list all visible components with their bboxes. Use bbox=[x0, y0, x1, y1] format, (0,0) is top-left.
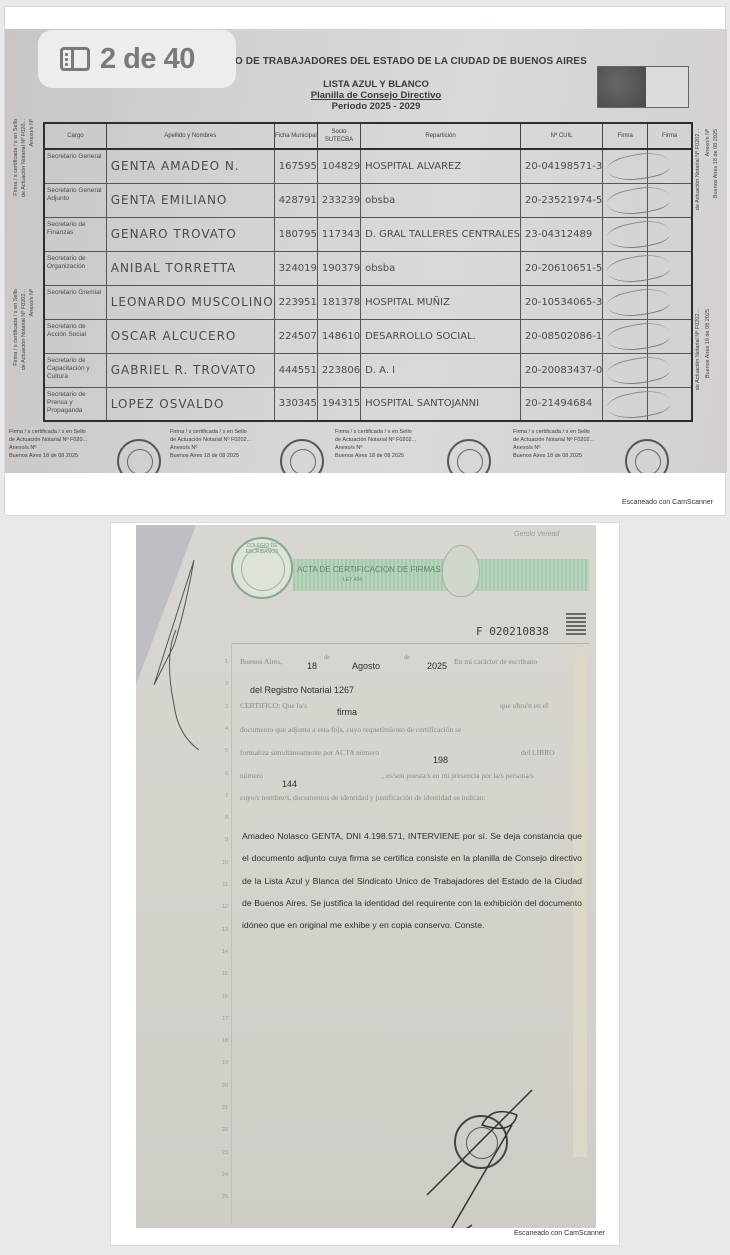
sidebar-thumbnails-icon[interactable] bbox=[60, 47, 90, 71]
line-number: 1 bbox=[218, 659, 228, 665]
camscanner-watermark: Escaneado con CamScanner bbox=[514, 1230, 605, 1237]
acta-number: 198 bbox=[433, 755, 448, 765]
registry-value: del Registro Notarial 1267 bbox=[250, 685, 354, 695]
name-cell: ANIBAL TORRETTA bbox=[106, 251, 274, 285]
camscanner-watermark: Escaneado con CamScanner bbox=[622, 499, 713, 506]
cuil-cell: 20-08502086-1 bbox=[520, 319, 602, 353]
cuil-cell: 20-20083437-0 bbox=[520, 353, 602, 387]
line-number: 2 bbox=[218, 681, 228, 687]
de-label: de bbox=[324, 655, 330, 661]
colegio-escribanos-seal: COLEGIO DE ESCRIBANOS bbox=[231, 537, 293, 599]
socio-cell: 148610 bbox=[317, 319, 360, 353]
line-number: 7 bbox=[218, 793, 228, 799]
margin-cert-text: Firma / s certificada / s en Sello bbox=[13, 289, 19, 366]
margin-cert-text: Anexo/s Nº bbox=[705, 129, 711, 156]
name-cell: GENARO TROVATO bbox=[106, 217, 274, 251]
line-number: 12 bbox=[218, 904, 228, 910]
cargo-cell: Secretario de Organización bbox=[44, 251, 106, 285]
scanned-page-2: COLEGIO DE ESCRIBANOS ACTA DE CERTIFICAC… bbox=[110, 522, 620, 1246]
socio-cell: 223806 bbox=[317, 353, 360, 387]
margin-signature-icon bbox=[144, 555, 204, 755]
line-number: 8 bbox=[218, 815, 228, 821]
cargo-cell: Secretario de Acción Social bbox=[44, 319, 106, 353]
table-row: Secretario de FinanzasGENARO TROVATO1807… bbox=[44, 217, 692, 251]
line-number: 15 bbox=[218, 971, 228, 977]
margin-cert-text: Buenos Aires 18 de 08 2025 bbox=[713, 129, 719, 198]
signature-cell bbox=[603, 217, 648, 251]
line-number: 9 bbox=[218, 837, 228, 843]
de-label: de bbox=[404, 655, 410, 661]
line-number: 16 bbox=[218, 994, 228, 1000]
right-margin-certification: de Actuación Notarial Nº F0202... Anexo/… bbox=[693, 129, 723, 459]
roster-scan: O DE TRABAJADORES DEL ESTADO DE LA CIUDA… bbox=[5, 29, 727, 473]
line-number: 11 bbox=[218, 882, 228, 888]
margin-cert-text: Firma / s certificada / s en Sello bbox=[13, 119, 19, 196]
socio-cell: 190379 bbox=[317, 251, 360, 285]
line-number: 24 bbox=[218, 1172, 228, 1178]
page-indicator[interactable]: 2 de 40 bbox=[38, 30, 236, 88]
signature-cell bbox=[603, 387, 648, 421]
ficha-cell: 167595 bbox=[274, 149, 317, 183]
signature-cell bbox=[603, 183, 648, 217]
name-cell: LOPEZ OSVALDO bbox=[106, 387, 274, 421]
cert-line: Firma / s certificada / s en Sello bbox=[513, 428, 683, 436]
reparticion-cell: obsba bbox=[361, 183, 521, 217]
signature-cell bbox=[603, 149, 648, 183]
column-header: Nº CUIL bbox=[520, 123, 602, 149]
cert-line: Firma / s certificada / s en Sello bbox=[335, 428, 505, 436]
argentina-coat-of-arms-icon bbox=[442, 545, 480, 597]
signature-cell bbox=[603, 251, 648, 285]
line-number: 17 bbox=[218, 1016, 228, 1022]
table-row: Secretario GeneralGENTA AMADEO N.1675951… bbox=[44, 149, 692, 183]
column-header: Ficha Municipal bbox=[274, 123, 317, 149]
table-row: Secretario de Acción SocialOSCAR ALCUCER… bbox=[44, 319, 692, 353]
reparticion-cell: HOSPITAL SANTOJANNI bbox=[361, 387, 521, 421]
cuil-cell: 20-20610651-5 bbox=[520, 251, 602, 285]
notary-signature-icon bbox=[422, 1085, 552, 1228]
city-label: Buenos Aires, bbox=[240, 657, 282, 666]
ficha-cell: 330345 bbox=[274, 387, 317, 421]
page-indicator-label: 2 de 40 bbox=[100, 43, 195, 76]
cargo-cell: Secretario de Capacitación y Cultura bbox=[44, 353, 106, 387]
socio-cell: 117343 bbox=[317, 217, 360, 251]
margin-cert-text: de Actuación Notarial Nº F0202... bbox=[21, 289, 27, 370]
line-number: 14 bbox=[218, 949, 228, 955]
notarial-certificate-scan: COLEGIO DE ESCRIBANOS ACTA DE CERTIFICAC… bbox=[136, 525, 596, 1228]
certificate-band: ACTA DE CERTIFICACION DE FIRMAS LEY 404 bbox=[293, 559, 589, 591]
reparticion-cell: obsba bbox=[361, 251, 521, 285]
margin-cert-text: de Actuación Notarial Nº F020... bbox=[21, 119, 27, 197]
socio-cell: 104829 bbox=[317, 149, 360, 183]
table-row: Secretario de OrganizaciónANIBAL TORRETT… bbox=[44, 251, 692, 285]
socio-cell: 181378 bbox=[317, 285, 360, 319]
cuil-cell: 20-21494684 bbox=[520, 387, 602, 421]
line-number: 3 bbox=[218, 704, 228, 710]
line-number: 4 bbox=[218, 726, 228, 732]
council-roster-table: CargoApellido y NombresFicha MunicipalSo… bbox=[43, 122, 693, 422]
line-number: 21 bbox=[218, 1105, 228, 1111]
line-number: 25 bbox=[218, 1194, 228, 1200]
reparticion-cell: D. A. I bbox=[361, 353, 521, 387]
column-header: Firma bbox=[648, 123, 692, 149]
certifico-label: CERTIFICO: Que la/s bbox=[240, 701, 307, 710]
margin-cert-text: Buenos Aires 18 de 08 2025 bbox=[705, 309, 711, 378]
left-margin-certification: Firma / s certificada / s en Sello de Ac… bbox=[9, 119, 39, 449]
union-heading: O DE TRABAJADORES DEL ESTADO DE LA CIUDA… bbox=[235, 56, 587, 67]
ficha-cell: 223951 bbox=[274, 285, 317, 319]
column-header: Repartición bbox=[361, 123, 521, 149]
cuil-cell: 23-04312489 bbox=[520, 217, 602, 251]
form-line: cuyo/s nombre/s, documentos de identidad… bbox=[240, 793, 486, 802]
name-cell: GENTA EMILIANO bbox=[106, 183, 274, 217]
cargo-cell: Secretario Gremial bbox=[44, 285, 106, 319]
name-cell: GABRIEL R. TROVATO bbox=[106, 353, 274, 387]
certificate-body: Buenos Aires, 18 de Agosto de 2025 En mi… bbox=[231, 645, 589, 1225]
form-line: del LIBRO bbox=[521, 748, 555, 757]
cargo-cell: Secretario de Finanzas bbox=[44, 217, 106, 251]
ficha-cell: 428791 bbox=[274, 183, 317, 217]
ficha-cell: 224507 bbox=[274, 319, 317, 353]
signature-cell bbox=[603, 353, 648, 387]
cargo-cell: Secretario General bbox=[44, 149, 106, 183]
ficha-cell: 444551 bbox=[274, 353, 317, 387]
reparticion-cell: HOSPITAL MUÑIZ bbox=[361, 285, 521, 319]
cuil-cell: 20-04198571-3 bbox=[520, 149, 602, 183]
month-value: Agosto bbox=[352, 661, 380, 671]
table-row: Secretario de Capacitación y CulturaGABR… bbox=[44, 353, 692, 387]
reparticion-cell: D. GRAL TALLERES CENTRALES bbox=[361, 217, 521, 251]
ficha-cell: 324019 bbox=[274, 251, 317, 285]
seal-text: COLEGIO DE ESCRIBANOS bbox=[233, 543, 291, 555]
signature-cell bbox=[603, 285, 648, 319]
column-header: Apellido y Nombres bbox=[106, 123, 274, 149]
name-cell: OSCAR ALCUCERO bbox=[106, 319, 274, 353]
redacted-photo bbox=[597, 66, 689, 108]
line-number: 18 bbox=[218, 1038, 228, 1044]
name-cell: LEONARDO MUSCOLINO bbox=[106, 285, 274, 319]
line-number: 5 bbox=[218, 748, 228, 754]
form-line: , es/son puesta/s en mi presencia por la… bbox=[382, 771, 534, 780]
socio-cell: 233239 bbox=[317, 183, 360, 217]
line-number: 19 bbox=[218, 1060, 228, 1066]
line-number: 20 bbox=[218, 1083, 228, 1089]
name-cell: GENTA AMADEO N. bbox=[106, 149, 274, 183]
form-line: documento que adjunto a esta foja, cuyo … bbox=[240, 725, 461, 734]
margin-cert-text: Anexo/s Nº bbox=[29, 289, 35, 316]
band-title: ACTA DE CERTIFICACION DE FIRMAS bbox=[297, 565, 441, 574]
cert-line: Firma / s certificada / s en Sello bbox=[9, 428, 179, 436]
firma-value: firma bbox=[337, 707, 357, 717]
margin-cert-text: Anexo/s Nº bbox=[29, 119, 35, 146]
handwritten-note: Gerolo Veread bbox=[514, 531, 559, 538]
year-value: 2025 bbox=[427, 661, 447, 671]
notary-certifications: Firma / s certificada / s en Sello de Ac… bbox=[5, 424, 727, 473]
socio-cell: 194315 bbox=[317, 387, 360, 421]
cargo-cell: Secretario General Adjunto bbox=[44, 183, 106, 217]
reparticion-cell: HOSPITAL ALVAREZ bbox=[361, 149, 521, 183]
line-number: 13 bbox=[218, 927, 228, 933]
cert-line: de Actuación Notarial Nº F020... bbox=[9, 436, 179, 444]
qr-code-icon bbox=[566, 611, 586, 635]
form-line: formaliza simultáneamente por ACTA númer… bbox=[240, 748, 379, 757]
table-row: Secretario GremialLEONARDO MUSCOLINO2239… bbox=[44, 285, 692, 319]
certification-text: Amadeo Nolasco GENTA, DNI 4.198.571, INT… bbox=[242, 825, 582, 936]
signature-cell bbox=[603, 319, 648, 353]
libro-number: 144 bbox=[282, 779, 297, 789]
day-value: 18 bbox=[307, 661, 317, 671]
table-row: Secretario de Prensa y PropagandaLOPEZ O… bbox=[44, 387, 692, 421]
margin-cert-text: de Actuación Notarial Nº F0202... bbox=[695, 129, 701, 210]
band-subtitle: LEY 404 bbox=[343, 577, 362, 583]
form-line: número bbox=[240, 771, 263, 780]
role-text: En mi carácter de escribano bbox=[454, 657, 537, 666]
column-header: Firma bbox=[603, 123, 648, 149]
column-header: Cargo bbox=[44, 123, 106, 149]
folio-number: F 020210838 bbox=[476, 625, 549, 638]
line-number: 10 bbox=[218, 860, 228, 866]
divider bbox=[231, 643, 589, 644]
cert-line: Firma / s certificada / s en Sello bbox=[170, 428, 340, 436]
cuil-cell: 20-23521974-5 bbox=[520, 183, 602, 217]
line-number: 23 bbox=[218, 1150, 228, 1156]
column-header: Socio SUTECBA bbox=[317, 123, 360, 149]
que-obran-label: que obra/n en el bbox=[500, 701, 548, 710]
cuil-cell: 20-10534065-3 bbox=[520, 285, 602, 319]
line-number: 22 bbox=[218, 1127, 228, 1133]
ficha-cell: 180795 bbox=[274, 217, 317, 251]
cargo-cell: Secretario de Prensa y Propaganda bbox=[44, 387, 106, 421]
margin-cert-text: de Actuación Notarial Nº F0202... bbox=[695, 309, 701, 390]
table-row: Secretario General AdjuntoGENTA EMILIANO… bbox=[44, 183, 692, 217]
line-number: 6 bbox=[218, 771, 228, 777]
reparticion-cell: DESARROLLO SOCIAL. bbox=[361, 319, 521, 353]
